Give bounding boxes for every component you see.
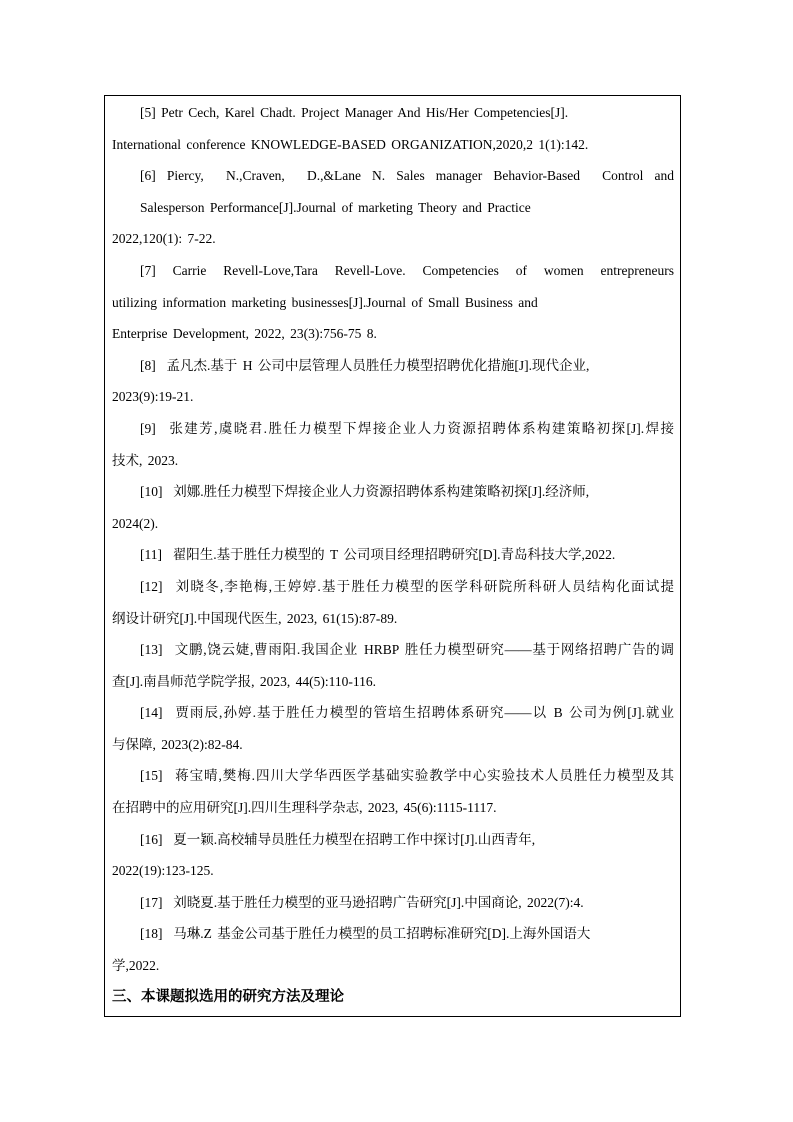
reference-line: [9] 张建芳,虞晓君.胜任力模型下焊接企业人力资源招聘体系构建策略初探[J].… (112, 413, 674, 445)
reference-line: [8] 孟凡杰.基于 H 公司中层管理人员胜任力模型招聘优化措施[J].现代企业… (112, 350, 674, 382)
reference-line: Enterprise Development, 2022, 23(3):756-… (112, 318, 674, 350)
reference-line: [18] 马琳.Z 基金公司基于胜任力模型的员工招聘标准研究[D].上海外国语大 (112, 918, 674, 950)
reference-line: Salesperson Performance[J].Journal of ma… (112, 192, 674, 224)
reference-line: 与保障, 2023(2):82-84. (112, 729, 674, 761)
reference-line: [11] 翟阳生.基于胜任力模型的 T 公司项目经理招聘研究[D].青岛科技大学… (112, 539, 674, 571)
reference-line: 2024(2). (112, 508, 674, 540)
reference-line: [16] 夏一颖.高校辅导员胜任力模型在招聘工作中探讨[J].山西青年, (112, 824, 674, 856)
reference-line: 技术, 2023. (112, 445, 674, 477)
reference-line: [12] 刘晓冬,李艳梅,王婷婷.基于胜任力模型的医学科研院所科研人员结构化面试… (112, 571, 674, 603)
reference-line: 在招聘中的应用研究[J].四川生理科学杂志, 2023, 45(6):1115-… (112, 792, 674, 824)
reference-line: 2023(9):19-21. (112, 381, 674, 413)
reference-line: 查[J].南昌师范学院学报, 2023, 44(5):110-116. (112, 666, 674, 698)
reference-line: International conference KNOWLEDGE-BASED… (112, 129, 674, 161)
reference-line: 纲设计研究[J].中国现代医生, 2023, 61(15):87-89. (112, 603, 674, 635)
reference-line: [15] 蒋宝晴,樊梅.四川大学华西医学基础实验教学中心实验技术人员胜任力模型及… (112, 760, 674, 792)
reference-line: [5] Petr Cech, Karel Chadt. Project Mana… (112, 97, 674, 129)
document-page: [5] Petr Cech, Karel Chadt. Project Mana… (0, 0, 793, 1122)
references-table-cell: [5] Petr Cech, Karel Chadt. Project Mana… (104, 95, 681, 1017)
section-heading: 三、本课题拟选用的研究方法及理论 (112, 982, 674, 1014)
reference-line: [17] 刘晓夏.基于胜任力模型的亚马逊招聘广告研究[J].中国商论, 2022… (112, 887, 674, 919)
reference-line: [14] 贾雨辰,孙婷.基于胜任力模型的管培生招聘体系研究——以 B 公司为例[… (112, 697, 674, 729)
references-list: [5] Petr Cech, Karel Chadt. Project Mana… (112, 97, 674, 982)
reference-line: 2022(19):123-125. (112, 855, 674, 887)
reference-line: 学,2022. (112, 950, 674, 982)
reference-line: 2022,120(1): 7-22. (112, 223, 674, 255)
reference-line: [6] Piercy, N.,Craven, D.,&Lane N. Sales… (112, 160, 674, 192)
reference-line: [7] Carrie Revell-Love,Tara Revell-Love.… (112, 255, 674, 287)
reference-line: [10] 刘娜.胜任力模型下焊接企业人力资源招聘体系构建策略初探[J].经济师, (112, 476, 674, 508)
reference-line: [13] 文鹏,饶云婕,曹雨阳.我国企业 HRBP 胜任力模型研究——基于网络招… (112, 634, 674, 666)
reference-line: utilizing information marketing business… (112, 287, 674, 319)
